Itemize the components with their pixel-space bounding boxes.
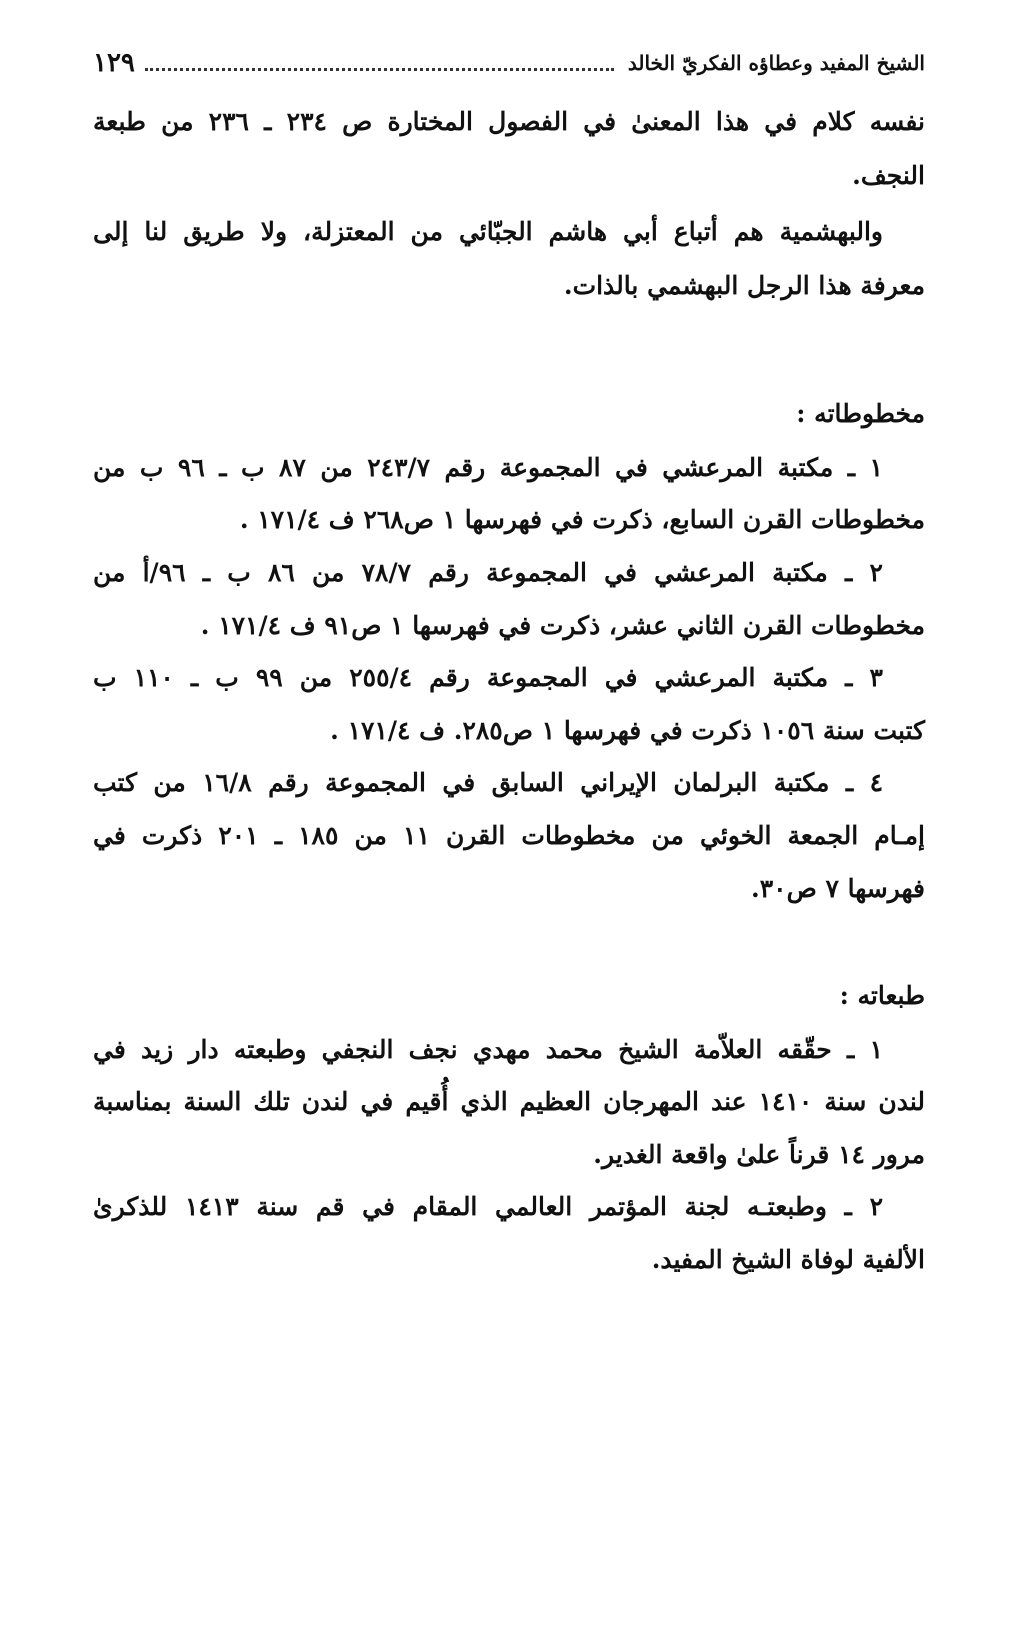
dotted-leader [145, 68, 614, 71]
intro-line: والبهشمية هم أتباع أبي هاشم الجبّائي من … [93, 206, 925, 258]
edition-item-1-line: ١ ـ حقّقه العلاّمة الشيخ محمد مهدي نجف ا… [93, 1024, 925, 1076]
intro-line: معرفة هذا الرجل البهشمي بالذات. [93, 260, 925, 312]
manuscript-item-3-line: ٣ ـ مكتبة المرعشي في المجموعة رقم ٢٥٥/٤ … [93, 652, 925, 704]
running-header: الشيخ المفيد وعطاؤه الفكريّ الخالد ١٢٩ [93, 46, 925, 80]
running-header-title: الشيخ المفيد وعطاؤه الفكريّ الخالد [620, 51, 925, 75]
manuscript-item-1-line: مخطوطات القرن السابع، ذكرت في فهرسها ١ ص… [93, 494, 925, 546]
section-heading-editions: طبعاته : [840, 970, 925, 1022]
edition-item-1-line: مرور ١٤ قرناً علىٰ واقعة الغدير. [93, 1129, 925, 1181]
manuscript-item-2-line: ٢ ـ مكتبة المرعشي في المجموعة رقم ٧٨/٧ م… [93, 547, 925, 599]
manuscript-item-4-line: إمـام الجمعة الخوئي من مخطوطات القرن ١١ … [93, 810, 925, 862]
manuscript-item-3-line: كتبت سنة ١٠٥٦ ذكرت في فهرسها ١ ص٢٨٥. ف ١… [93, 705, 925, 757]
intro-line: النجف. [93, 150, 925, 202]
edition-item-2-line: الألفية لوفاة الشيخ المفيد. [93, 1234, 925, 1286]
edition-item-2-line: ٢ ـ وطبعتـه لجنة المؤتمر العالمي المقام … [93, 1181, 925, 1233]
section-heading-manuscripts: مخطوطاته : [796, 388, 925, 440]
manuscript-item-2-line: مخطوطات القرن الثاني عشر، ذكرت في فهرسها… [93, 600, 925, 652]
manuscript-item-4-line: فهرسها ٧ ص٣٠. [93, 863, 925, 915]
page-number: ١٢٩ [93, 48, 139, 78]
manuscript-item-1-line: ١ ـ مكتبة المرعشي في المجموعة رقم ٢٤٣/٧ … [93, 442, 925, 494]
manuscript-item-4-line: ٤ ـ مكتبة البرلمان الإيراني السابق في ال… [93, 757, 925, 809]
intro-line: نفسه كلام في هذا المعنىٰ في الفصول المخت… [93, 96, 925, 148]
book-page: الشيخ المفيد وعطاؤه الفكريّ الخالد ١٢٩ ن… [93, 0, 925, 1646]
edition-item-1-line: لندن سنة ١٤١٠ عند المهرجان العظيم الذي أ… [93, 1076, 925, 1128]
